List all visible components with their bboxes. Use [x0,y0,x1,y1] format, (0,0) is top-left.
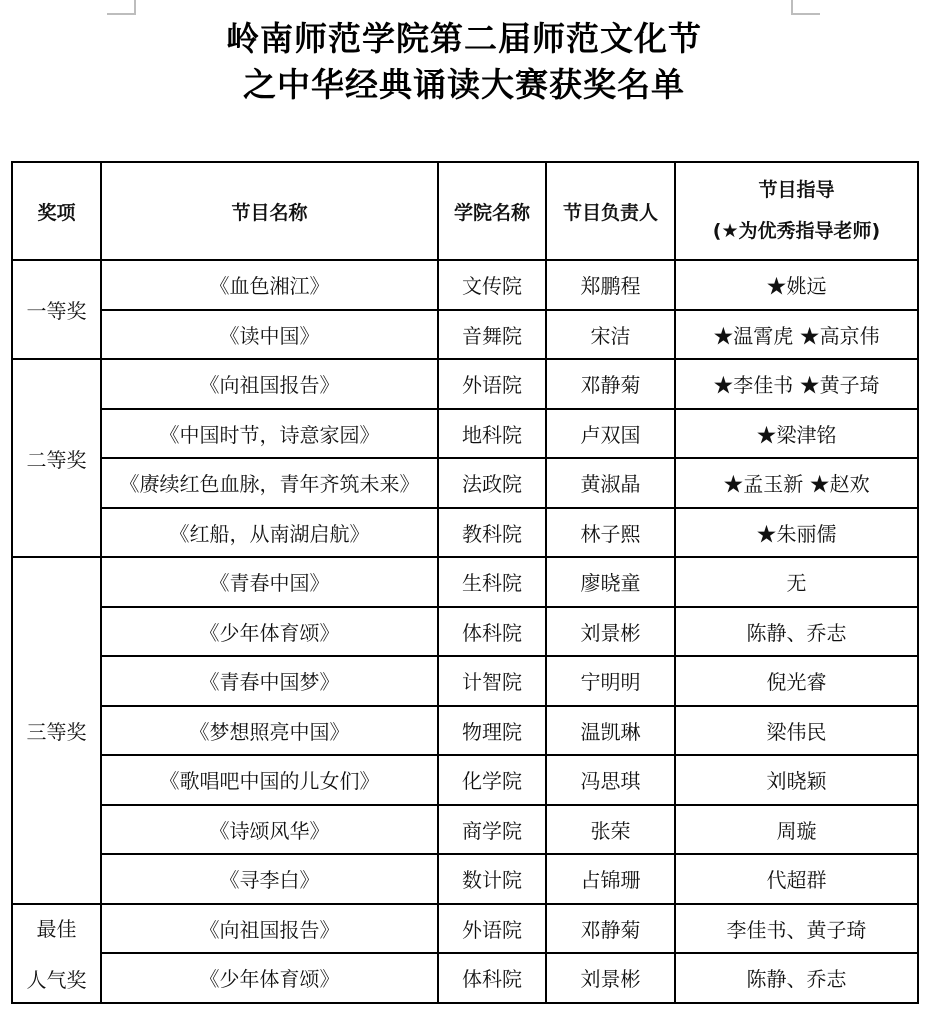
advisor-cell: 陈静、乔志 [675,953,918,1003]
award-level-cell: 二等奖 [12,359,101,557]
advisor-cell: ★姚远 [675,260,918,310]
table-row: 《梦想照亮中国》物理院温凯琳梁伟民 [12,706,918,756]
table-row: 三等奖《青春中国》生科院廖晓童无 [12,557,918,607]
award-level-cell: 三等奖 [12,557,101,904]
header-advisor-title: 节目指导 [676,179,917,202]
program-cell: 《歌唱吧中国的儿女们》 [101,755,438,805]
corner-mark-left-vertical [134,0,136,14]
college-cell: 教科院 [438,508,546,558]
program-cell: 《读中国》 [101,310,438,360]
advisor-cell: ★梁津铭 [675,409,918,459]
corner-mark-right-vertical [791,0,793,14]
award-level-label: 人气奖 [13,964,100,993]
college-cell: 外语院 [438,359,546,409]
program-cell: 《向祖国报告》 [101,359,438,409]
table-row: 《诗颂风华》商学院张荣周璇 [12,805,918,855]
header-advisor: 节目指导 (★为优秀指导老师) [675,162,918,260]
table-row: 《中国时节，诗意家园》地科院卢双国★梁津铭 [12,409,918,459]
advisor-cell: 周璇 [675,805,918,855]
advisor-cell: 刘晓颖 [675,755,918,805]
college-cell: 商学院 [438,805,546,855]
award-level-cell: 最佳人气奖 [12,904,101,1003]
college-cell: 体科院 [438,953,546,1003]
college-cell: 物理院 [438,706,546,756]
advisor-cell: 代超群 [675,854,918,904]
advisor-cell: ★温霄虎 ★高京伟 [675,310,918,360]
program-cell: 《少年体育颂》 [101,607,438,657]
leader-cell: 刘景彬 [546,953,675,1003]
header-leader: 节目负责人 [546,162,675,260]
college-cell: 数计院 [438,854,546,904]
advisor-cell: ★李佳书 ★黄子琦 [675,359,918,409]
award-level-label: 三等奖 [13,716,100,745]
program-cell: 《梦想照亮中国》 [101,706,438,756]
leader-cell: 黄淑晶 [546,458,675,508]
document-title-line1: 岭南师范学院第二届师范文化节 [0,22,928,55]
college-cell: 文传院 [438,260,546,310]
awards-table: 奖项 节目名称 学院名称 节目负责人 节目指导 (★为优秀指导老师) 一等奖《血… [11,161,919,1004]
college-cell: 法政院 [438,458,546,508]
award-level-label: 一等奖 [13,295,100,324]
advisor-cell: 倪光睿 [675,656,918,706]
advisor-cell: 李佳书、黄子琦 [675,904,918,954]
program-cell: 《青春中国》 [101,557,438,607]
advisor-cell: ★朱丽儒 [675,508,918,558]
table-row: 《红船，从南湖启航》教科院林子熙★朱丽儒 [12,508,918,558]
corner-mark-left-horizontal [107,13,136,15]
leader-cell: 廖晓童 [546,557,675,607]
table-row: 《赓续红色血脉，青年齐筑未来》法政院黄淑晶★孟玉新 ★赵欢 [12,458,918,508]
advisor-cell: ★孟玉新 ★赵欢 [675,458,918,508]
header-program: 节目名称 [101,162,438,260]
leader-cell: 宋洁 [546,310,675,360]
advisor-cell: 陈静、乔志 [675,607,918,657]
leader-cell: 林子熙 [546,508,675,558]
program-cell: 《中国时节，诗意家园》 [101,409,438,459]
award-level-label: 最佳 [13,913,100,942]
document-title-line2: 之中华经典诵读大赛获奖名单 [0,68,928,101]
table-row: 《读中国》音舞院宋洁★温霄虎 ★高京伟 [12,310,918,360]
table-row: 一等奖《血色湘江》文传院郑鹏程★姚远 [12,260,918,310]
corner-mark-right-horizontal [791,13,820,15]
college-cell: 化学院 [438,755,546,805]
leader-cell: 刘景彬 [546,607,675,657]
leader-cell: 邓静菊 [546,359,675,409]
college-cell: 体科院 [438,607,546,657]
leader-cell: 占锦珊 [546,854,675,904]
college-cell: 计智院 [438,656,546,706]
table-header-row: 奖项 节目名称 学院名称 节目负责人 节目指导 (★为优秀指导老师) [12,162,918,260]
program-cell: 《血色湘江》 [101,260,438,310]
table-row: 《少年体育颂》体科院刘景彬陈静、乔志 [12,953,918,1003]
header-advisor-note: (★为优秀指导老师) [676,220,917,243]
program-cell: 《向祖国报告》 [101,904,438,954]
header-award: 奖项 [12,162,101,260]
header-college: 学院名称 [438,162,546,260]
college-cell: 音舞院 [438,310,546,360]
leader-cell: 张荣 [546,805,675,855]
program-cell: 《赓续红色血脉，青年齐筑未来》 [101,458,438,508]
leader-cell: 邓静菊 [546,904,675,954]
program-cell: 《诗颂风华》 [101,805,438,855]
table-row: 二等奖《向祖国报告》外语院邓静菊★李佳书 ★黄子琦 [12,359,918,409]
table-row: 《少年体育颂》体科院刘景彬陈静、乔志 [12,607,918,657]
table-row: 《寻李白》数计院占锦珊代超群 [12,854,918,904]
advisor-cell: 梁伟民 [675,706,918,756]
program-cell: 《少年体育颂》 [101,953,438,1003]
leader-cell: 温凯琳 [546,706,675,756]
college-cell: 地科院 [438,409,546,459]
leader-cell: 郑鹏程 [546,260,675,310]
leader-cell: 宁明明 [546,656,675,706]
college-cell: 外语院 [438,904,546,954]
table-row: 《歌唱吧中国的儿女们》化学院冯思琪刘晓颖 [12,755,918,805]
table-row: 《青春中国梦》计智院宁明明倪光睿 [12,656,918,706]
program-cell: 《青春中国梦》 [101,656,438,706]
program-cell: 《红船，从南湖启航》 [101,508,438,558]
advisor-cell: 无 [675,557,918,607]
college-cell: 生科院 [438,557,546,607]
leader-cell: 卢双国 [546,409,675,459]
leader-cell: 冯思琪 [546,755,675,805]
award-level-label: 二等奖 [13,444,100,473]
table-row: 最佳人气奖《向祖国报告》外语院邓静菊李佳书、黄子琦 [12,904,918,954]
award-level-cell: 一等奖 [12,260,101,359]
program-cell: 《寻李白》 [101,854,438,904]
